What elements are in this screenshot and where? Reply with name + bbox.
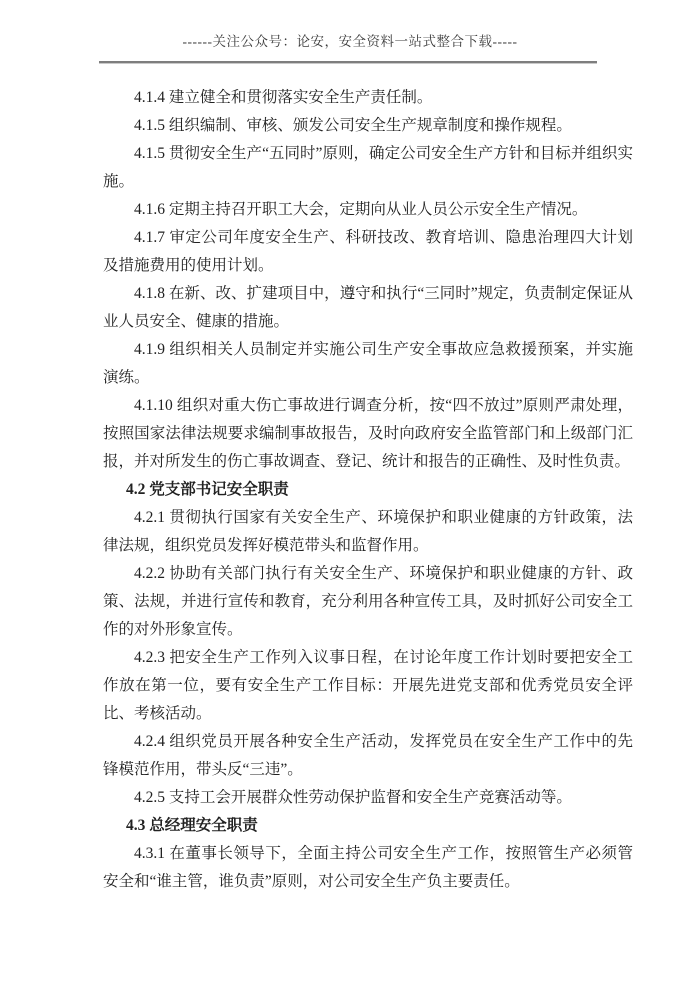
section-heading: 4.3 总经理安全职责	[103, 812, 633, 840]
paragraph: 4.2.1 贯彻执行国家有关安全生产、环境保护和职业健康的方针政策，法律法规，组…	[103, 504, 633, 560]
paragraph: 4.1.7 审定公司年度安全生产、科研技改、教育培训、隐患治理四大计划及措施费用…	[103, 224, 633, 280]
paragraph: 4.1.8 在新、改、扩建项目中，遵守和执行“三同时”规定，负责制定保证从业人员…	[103, 280, 633, 336]
paragraph: 4.1.10 组织对重大伤亡事故进行调查分析，按“四不放过”原则严肃处理，按照国…	[103, 392, 633, 476]
paragraph: 4.1.9 组织相关人员制定并实施公司生产安全事故应急救援预案，并实施演练。	[103, 336, 633, 392]
paragraph: 4.2.3 把安全生产工作列入议事日程，在讨论年度工作计划时要把安全工作放在第一…	[103, 644, 633, 728]
section-heading: 4.2 党支部书记安全职责	[103, 476, 633, 504]
page-header: ------关注公众号：论安，安全资料一站式整合下载-----	[0, 30, 700, 50]
paragraph: 4.3.1 在董事长领导下，全面主持公司安全生产工作，按照管生产必须管安全和“谁…	[103, 840, 633, 896]
paragraph: 4.2.5 支持工会开展群众性劳动保护监督和安全生产竞赛活动等。	[103, 784, 633, 812]
paragraph: 4.2.2 协助有关部门执行有关安全生产、环境保护和职业健康的方针、政策、法规，…	[103, 560, 633, 644]
document-body: 4.1.4 建立健全和贯彻落实安全生产责任制。4.1.5 组织编制、审核、颁发公…	[103, 84, 633, 896]
document-page: ------关注公众号：论安，安全资料一站式整合下载----- 4.1.4 建立…	[0, 0, 700, 990]
paragraph: 4.1.5 组织编制、审核、颁发公司安全生产规章制度和操作规程。	[103, 112, 633, 140]
header-text: ------关注公众号：论安，安全资料一站式整合下载-----	[183, 34, 518, 49]
paragraph: 4.1.4 建立健全和贯彻落实安全生产责任制。	[103, 84, 633, 112]
paragraph: 4.2.4 组织党员开展各种安全生产活动，发挥党员在安全生产工作中的先锋模范作用…	[103, 728, 633, 784]
header-divider-rule	[99, 61, 597, 64]
paragraph: 4.1.6 定期主持召开职工大会，定期向从业人员公示安全生产情况。	[103, 196, 633, 224]
paragraph: 4.1.5 贯彻安全生产“五同时”原则，确定公司安全生产方针和目标并组织实施。	[103, 140, 633, 196]
